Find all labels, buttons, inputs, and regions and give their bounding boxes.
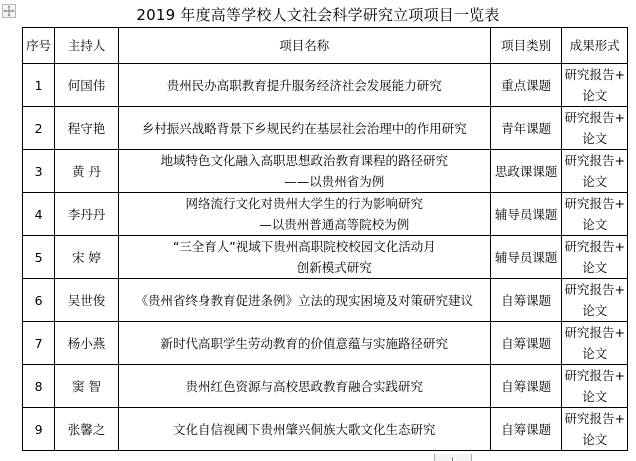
output-line: 研究报告+: [562, 193, 627, 214]
output-line: 研究报告+: [562, 64, 627, 85]
cell-category: 自筹课题: [490, 408, 562, 451]
table-row: 4李丹丹网络流行文化对贵州大学生的行为影响研究—以贵州普通高等院校为例辅导员课题…: [23, 193, 628, 236]
output-line: 论文: [562, 85, 627, 106]
output-line: 研究报告+: [562, 107, 627, 128]
cell-host: 何国伟: [55, 64, 119, 107]
project-name-line: 文化自信视阈下贵州肇兴侗族大歌文化生态研究: [119, 419, 490, 440]
header-no: 序号: [23, 28, 55, 64]
cell-host: 黄 丹: [55, 150, 119, 193]
output-line: 研究报告+: [562, 150, 627, 171]
cell-host: 李丹丹: [55, 193, 119, 236]
cell-project-name: 《贵州省终身教育促进条例》立法的现实困境及对策研究建议: [118, 279, 490, 322]
header-host: 主持人: [55, 28, 119, 64]
cell-project-name: “三全育人”视域下贵州高职院校校园文化活动月创新模式研究: [118, 236, 490, 279]
project-name-line: 《贵州省终身教育促进条例》立法的现实困境及对策研究建议: [119, 290, 490, 311]
output-line: 研究报告+: [562, 236, 627, 257]
output-line: 论文: [562, 171, 627, 192]
project-name-line: —以贵州普通高等院校为例: [119, 214, 490, 235]
cell-no: 9: [23, 408, 55, 451]
cell-project-name: 贵州民办高职教育提升服务经济社会发展能力研究: [118, 64, 490, 107]
project-name-line: 网络流行文化对贵州大学生的行为影响研究: [119, 193, 490, 214]
output-line: 论文: [562, 386, 627, 407]
cell-host: 程守艳: [55, 107, 119, 150]
table-row: 5宋 婷“三全育人”视域下贵州高职院校校园文化活动月创新模式研究辅导员课题研究报…: [23, 236, 628, 279]
cell-no: 5: [23, 236, 55, 279]
output-line: 研究报告+: [562, 279, 627, 300]
cell-output: 研究报告+论文: [562, 236, 628, 279]
header-output: 成果形式: [562, 28, 628, 64]
project-name-line: 乡村振兴战略背景下乡规民约在基层社会治理中的作用研究: [119, 118, 490, 139]
cell-category: 辅导员课题: [490, 193, 562, 236]
cell-host: 吴世俊: [55, 279, 119, 322]
cell-category: 自筹课题: [490, 365, 562, 408]
project-name-line: “三全育人”视域下贵州高职院校校园文化活动月: [119, 236, 490, 257]
output-line: 论文: [562, 343, 627, 364]
cell-host: 窦 智: [55, 365, 119, 408]
project-name-line: 贵州红色资源与高校思政教育融合实践研究: [119, 376, 490, 397]
cell-no: 7: [23, 322, 55, 365]
header-row: 序号 主持人 项目名称 项目类别 成果形式: [23, 28, 628, 64]
cell-project-name: 文化自信视阈下贵州肇兴侗族大歌文化生态研究: [118, 408, 490, 451]
cell-output: 研究报告+论文: [562, 322, 628, 365]
output-line: 论文: [562, 257, 627, 278]
cell-no: 3: [23, 150, 55, 193]
output-line: 论文: [562, 128, 627, 149]
output-line: 研究报告+: [562, 408, 627, 429]
cell-category: 青年课题: [490, 107, 562, 150]
cell-category: 自筹课题: [490, 279, 562, 322]
document-title: 2019 年度高等学校人文社会科学研究立项项目一览表: [0, 5, 636, 25]
cell-project-name: 网络流行文化对贵州大学生的行为影响研究—以贵州普通高等院校为例: [118, 193, 490, 236]
page-scroll-marker: [434, 454, 472, 461]
cell-no: 2: [23, 107, 55, 150]
cell-output: 研究报告+论文: [562, 193, 628, 236]
cell-category: 自筹课题: [490, 322, 562, 365]
cell-output: 研究报告+论文: [562, 150, 628, 193]
project-name-line: ——以贵州省为例: [119, 171, 490, 192]
cell-project-name: 贵州红色资源与高校思政教育融合实践研究: [118, 365, 490, 408]
header-name: 项目名称: [118, 28, 490, 64]
cell-category: 思政课课题: [490, 150, 562, 193]
project-name-line: 地域特色文化融入高职思想政治教育课程的路径研究: [119, 150, 490, 171]
header-category: 项目类别: [490, 28, 562, 64]
table-row: 2程守艳乡村振兴战略背景下乡规民约在基层社会治理中的作用研究青年课题研究报告+论…: [23, 107, 628, 150]
table-row: 7杨小燕新时代高职学生劳动教育的价值意蕴与实施路径研究自筹课题研究报告+论文: [23, 322, 628, 365]
cell-project-name: 乡村振兴战略背景下乡规民约在基层社会治理中的作用研究: [118, 107, 490, 150]
cell-host: 张馨之: [55, 408, 119, 451]
cell-host: 宋 婷: [55, 236, 119, 279]
table-row: 3黄 丹地域特色文化融入高职思想政治教育课程的路径研究——以贵州省为例思政课课题…: [23, 150, 628, 193]
cell-category: 辅导员课题: [490, 236, 562, 279]
cell-output: 研究报告+论文: [562, 365, 628, 408]
project-name-line: 新时代高职学生劳动教育的价值意蕴与实施路径研究: [119, 333, 490, 354]
output-line: 论文: [562, 429, 627, 450]
table-row: 8窦 智贵州红色资源与高校思政教育融合实践研究自筹课题研究报告+论文: [23, 365, 628, 408]
cell-project-name: 地域特色文化融入高职思想政治教育课程的路径研究——以贵州省为例: [118, 150, 490, 193]
cell-no: 6: [23, 279, 55, 322]
cell-project-name: 新时代高职学生劳动教育的价值意蕴与实施路径研究: [118, 322, 490, 365]
cell-output: 研究报告+论文: [562, 64, 628, 107]
cell-no: 4: [23, 193, 55, 236]
project-table: 序号 主持人 项目名称 项目类别 成果形式 1何国伟贵州民办高职教育提升服务经济…: [22, 27, 628, 451]
cell-category: 重点课题: [490, 64, 562, 107]
cell-no: 8: [23, 365, 55, 408]
cell-output: 研究报告+论文: [562, 107, 628, 150]
cell-output: 研究报告+论文: [562, 408, 628, 451]
cell-no: 1: [23, 64, 55, 107]
cell-host: 杨小燕: [55, 322, 119, 365]
output-line: 论文: [562, 300, 627, 321]
table-row: 9张馨之文化自信视阈下贵州肇兴侗族大歌文化生态研究自筹课题研究报告+论文: [23, 408, 628, 451]
output-line: 论文: [562, 214, 627, 235]
output-line: 研究报告+: [562, 365, 627, 386]
project-name-line: 创新模式研究: [119, 257, 490, 278]
output-line: 研究报告+: [562, 322, 627, 343]
cell-output: 研究报告+论文: [562, 279, 628, 322]
project-name-line: 贵州民办高职教育提升服务经济社会发展能力研究: [119, 75, 490, 96]
table-row: 6吴世俊《贵州省终身教育促进条例》立法的现实困境及对策研究建议自筹课题研究报告+…: [23, 279, 628, 322]
table-row: 1何国伟贵州民办高职教育提升服务经济社会发展能力研究重点课题研究报告+论文: [23, 64, 628, 107]
